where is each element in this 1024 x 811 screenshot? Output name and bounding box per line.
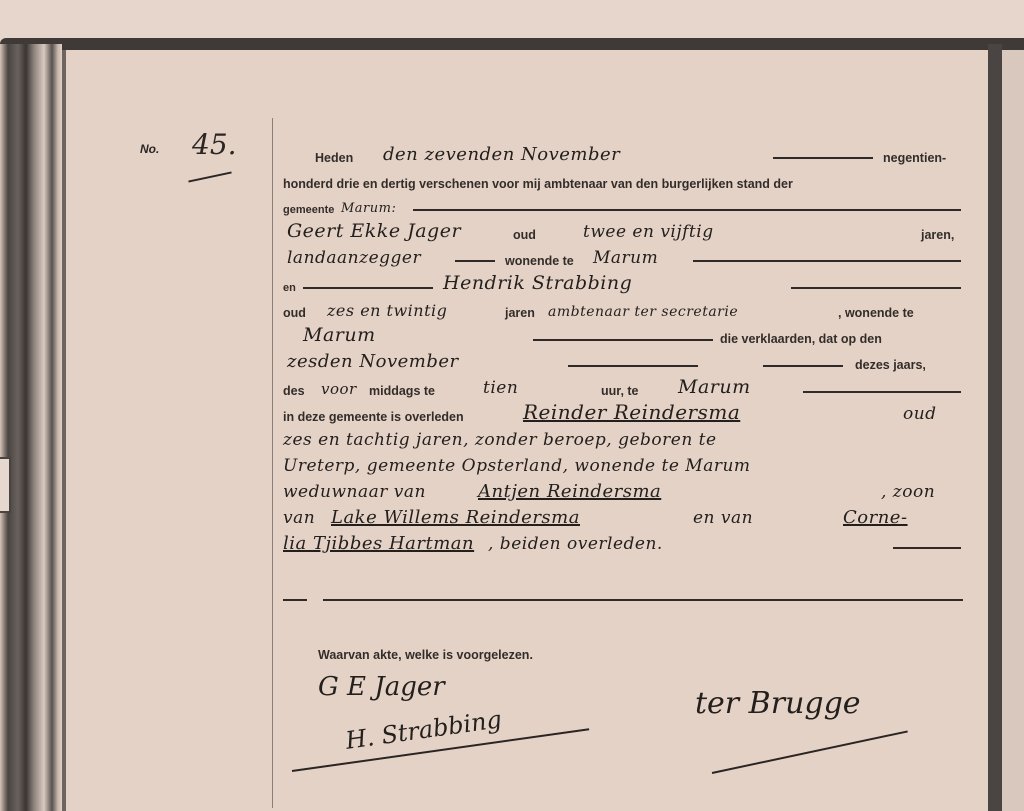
handwritten-date-of-death: zesden November	[287, 351, 459, 372]
handwritten-text: , zoon	[881, 482, 935, 502]
signature-registrar: ter Brugge	[695, 686, 861, 721]
handwritten-text: Ureterp, gemeente Opsterland, wonende te…	[283, 456, 751, 476]
printed-text: en	[283, 282, 296, 294]
handwritten-date: den zevenden November	[383, 144, 620, 165]
record-number-value: 45.	[192, 128, 237, 161]
handwritten-mother-name: lia Tjibbes Hartman	[283, 533, 474, 554]
handwritten-deceased-name: Reinder Reindersma	[523, 400, 740, 424]
binder-frame	[0, 38, 1024, 50]
record-line-14: weduwnaar van Antjen Reindersma , zoon	[283, 480, 963, 506]
handwritten-municipality: Marum:	[341, 201, 396, 216]
handwritten-place-of-death: Marum	[678, 376, 751, 398]
printed-text: oud	[513, 228, 536, 242]
record-line-4: Geert Ekke Jager oud twee en vijftig jar…	[283, 220, 963, 246]
handwritten-text: van	[283, 508, 315, 528]
printed-text: , wonende te	[838, 306, 914, 320]
printed-text: wonende te	[505, 254, 574, 268]
fill-line	[455, 260, 495, 262]
record-line-5: landaanzegger wonende te Marum	[283, 246, 963, 272]
printed-text: oud	[283, 306, 306, 320]
printed-text: honderd drie en dertig verschenen voor m…	[283, 177, 793, 191]
handwritten-witness-name: Hendrik Strabbing	[443, 272, 632, 294]
record-line-12: zes en tachtig jaren, zonder beroep, geb…	[283, 428, 963, 454]
handwritten-residence: Marum	[593, 248, 658, 268]
fill-line	[763, 365, 843, 367]
page-right-border	[988, 44, 1002, 811]
fill-line	[803, 391, 961, 393]
handwritten-declarant-name: Geert Ekke Jager	[287, 220, 461, 242]
record-line-8: Marum die verklaarden, dat op den	[283, 324, 963, 350]
fill-line	[893, 547, 961, 549]
fill-line	[283, 599, 307, 601]
handwritten-father-name: Lake Willems Reindersma	[331, 507, 580, 528]
record-line-13: Ureterp, gemeente Opsterland, wonende te…	[283, 454, 963, 480]
record-line-15: van Lake Willems Reindersma en van Corne…	[283, 506, 963, 532]
fill-line	[413, 209, 961, 211]
printed-text: dezes jaars,	[855, 358, 926, 372]
handwritten-occupation: landaanzegger	[287, 248, 421, 268]
closing-statement: Waarvan akte, welke is voorgelezen.	[318, 648, 533, 662]
signature-declarant-1: G E Jager	[318, 672, 445, 702]
scan-right-edge	[1002, 50, 1024, 811]
record-line-11: in deze gemeente is overleden Reinder Re…	[283, 402, 963, 428]
record-line-9: zesden November dezes jaars,	[283, 350, 963, 376]
record-line-1: Heden den zevenden November negentien-	[283, 143, 963, 169]
handwritten-age: zes en twintig	[327, 301, 447, 320]
record-line-10: des voor middags te tien uur, te Marum	[283, 376, 963, 402]
handwritten-text: zes en tachtig jaren, zonder beroep, geb…	[283, 430, 717, 450]
handwritten-text: weduwnaar van	[283, 482, 426, 502]
printed-text: middags te	[369, 384, 435, 398]
margin-rule	[272, 118, 273, 808]
fill-line	[303, 287, 433, 289]
handwritten-residence: Marum	[303, 324, 376, 346]
handwritten-occupation: ambtenaar ter secretarie	[548, 304, 738, 320]
fill-line	[568, 365, 698, 367]
printed-text: jaren,	[921, 228, 954, 242]
fill-line	[773, 157, 873, 159]
printed-text: jaren	[505, 306, 535, 320]
handwritten-age: twee en vijftig	[583, 222, 714, 242]
fill-line	[533, 339, 713, 341]
handwritten-hour: tien	[483, 378, 518, 398]
record-line-3: gemeente Marum:	[283, 194, 963, 220]
printed-text: uur, te	[601, 384, 639, 398]
handwritten-mother-name: Corne-	[843, 507, 908, 528]
record-line-7: oud zes en twintig jaren ambtenaar ter s…	[283, 298, 963, 324]
fill-line	[323, 599, 963, 601]
scan-background	[0, 0, 1024, 42]
handwritten-spouse-name: Antjen Reindersma	[478, 481, 661, 502]
spine-notch	[0, 457, 11, 513]
record-line-2: honderd drie en dertig verschenen voor m…	[283, 169, 963, 195]
record-number: No. 45.	[140, 140, 159, 158]
record-number-label: No.	[140, 142, 159, 156]
record-line-closing-rule	[283, 584, 963, 610]
handwritten-text: en van	[693, 508, 753, 528]
fill-line	[791, 287, 961, 289]
printed-text: Heden	[315, 151, 353, 165]
printed-text: des	[283, 384, 305, 398]
record-line-6: en Hendrik Strabbing	[283, 272, 963, 298]
handwritten-time-of-day: voor	[321, 380, 357, 398]
record-line-16: lia Tjibbes Hartman , beiden overleden.	[283, 532, 963, 558]
printed-text: in deze gemeente is overleden	[283, 410, 464, 424]
printed-text: die verklaarden, dat op den	[720, 332, 882, 346]
handwritten-text: , beiden overleden.	[488, 534, 663, 554]
handwritten-text: oud	[903, 404, 937, 424]
book-spine	[0, 44, 62, 811]
printed-text: negentien-	[883, 151, 946, 165]
printed-text: gemeente	[283, 204, 334, 216]
fill-line	[693, 260, 961, 262]
